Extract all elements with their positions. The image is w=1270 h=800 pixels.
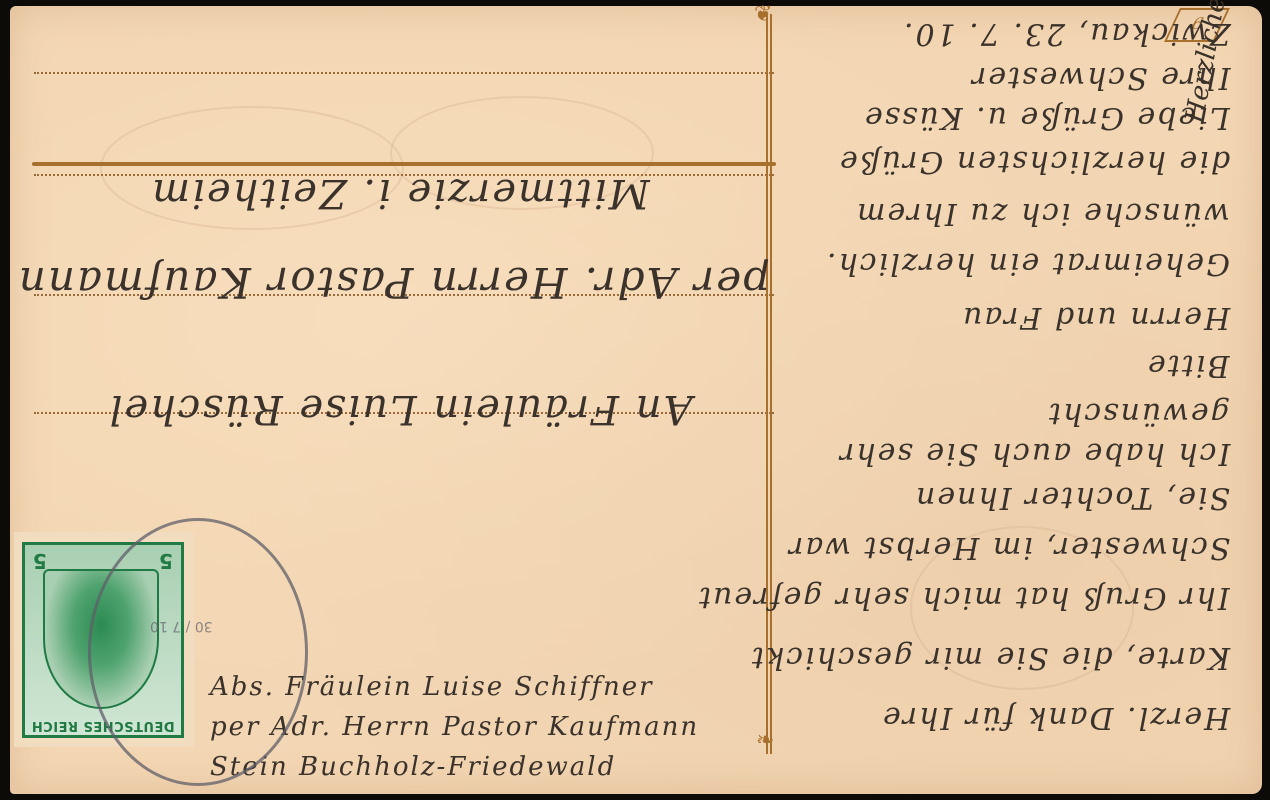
sender-line: Stein Buchholz-Friedewald	[210, 752, 616, 782]
message-line: Zwickau, 23. 7. 10.	[902, 16, 1231, 51]
address-line: Mittmerzie i. Zeitheim	[90, 170, 710, 216]
message-line: Liebe Grüße u. Küsse	[863, 100, 1230, 135]
message-line: Bitte	[1146, 348, 1230, 383]
address-line: per Adr. Herrn Pastor Kaufmann	[30, 258, 770, 307]
message-line: wünsche ich zu Ihrem	[855, 196, 1230, 231]
message-line: Sie, Tochter Ihnen	[914, 480, 1230, 515]
message-line: Herzl. Dank für Ihre	[881, 700, 1230, 735]
address-rule	[34, 72, 774, 74]
address-line: An Fräulein Luise Rüschel	[30, 386, 770, 432]
message-line: Ich habe auch Sie sehr	[838, 436, 1230, 471]
gold-rule	[32, 162, 776, 166]
message-line: Karte, die Sie mir geschickt	[750, 640, 1230, 675]
message-line: die herzlichsten Grüße	[838, 144, 1230, 179]
postmark-cancellation	[88, 518, 308, 786]
message-line: gewünscht	[1047, 396, 1230, 431]
message-line: Herrn und Frau	[961, 300, 1230, 335]
message-line: Schwester, im Herbst war	[787, 530, 1230, 565]
divider-ornament-top: ❦	[754, 4, 772, 26]
message-line: Geheimrat ein herzlich.	[825, 246, 1230, 281]
postmark-date: 30 / 7 10	[150, 618, 213, 634]
stamp-value: 5	[33, 549, 47, 573]
divider-ornament-bottom: ❧	[756, 730, 774, 752]
message-line: Ihr Gruß hat mich sehr gefreut	[697, 580, 1230, 615]
